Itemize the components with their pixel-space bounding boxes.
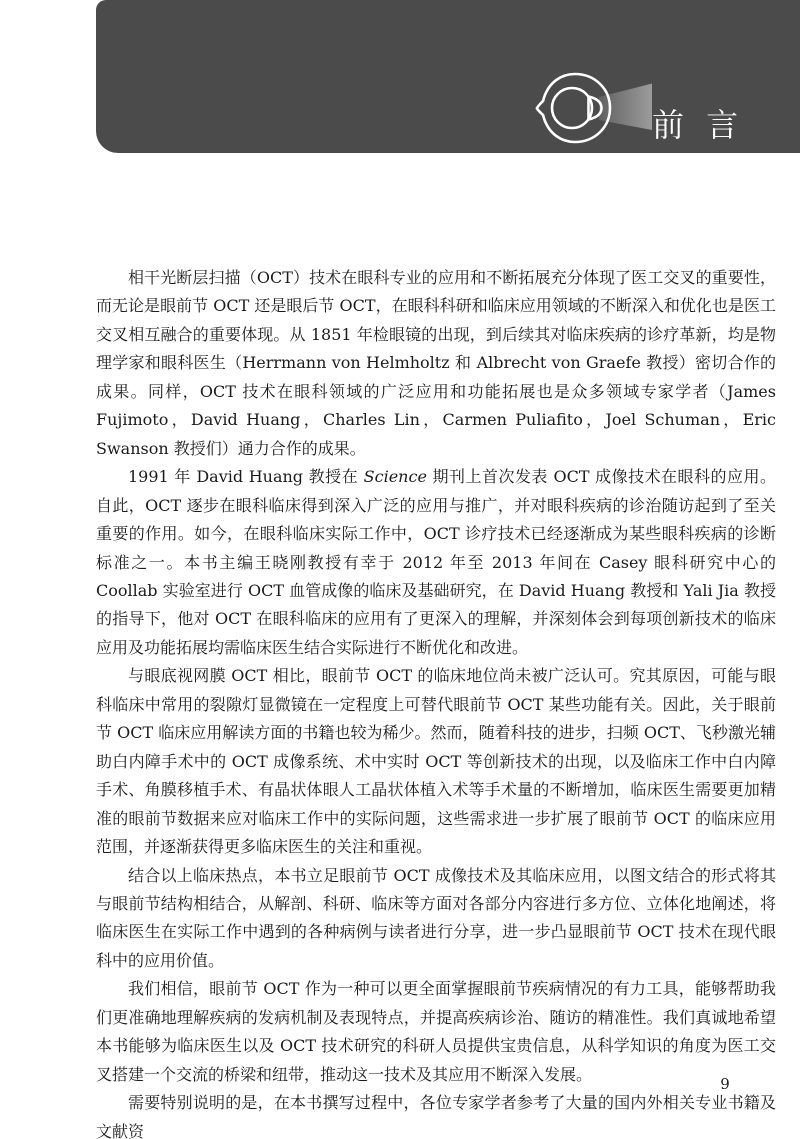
preface-paragraph: 相干光断层扫描（OCT）技术在眼科专业的应用和不断拓展充分体现了医工交叉的重要性… [96, 264, 776, 463]
preface-paragraph: 1991 年 David Huang 教授在 Science 期刊上首次发表 O… [96, 463, 776, 662]
preface-paragraph: 结合以上临床热点，本书立足眼前节 OCT 成像技术及其临床应用，以图文结合的形式… [96, 862, 776, 976]
book-preface-page: 前 言 相干光断层扫描（OCT）技术在眼科专业的应用和不断拓展充分体现了医工交叉… [0, 0, 800, 1139]
page-number: 9 [700, 1075, 750, 1093]
page-title: 前 言 [652, 109, 744, 143]
preface-paragraph: 需要特别说明的是，在本书撰写过程中，各位专家学者参考了大量的国内外相关专业书籍及… [96, 1089, 776, 1139]
preface-paragraph: 我们相信，眼前节 OCT 作为一种可以更全面掌握眼前节疾病情况的有力工具，能够帮… [96, 975, 776, 1089]
preface-paragraph: 与眼底视网膜 OCT 相比，眼前节 OCT 的临床地位尚未被广泛认可。究其原因，… [96, 662, 776, 861]
preface-banner: 前 言 [96, 0, 800, 153]
eye-icon [535, 70, 660, 150]
preface-body: 相干光断层扫描（OCT）技术在眼科专业的应用和不断拓展充分体现了医工交叉的重要性… [96, 264, 776, 1139]
